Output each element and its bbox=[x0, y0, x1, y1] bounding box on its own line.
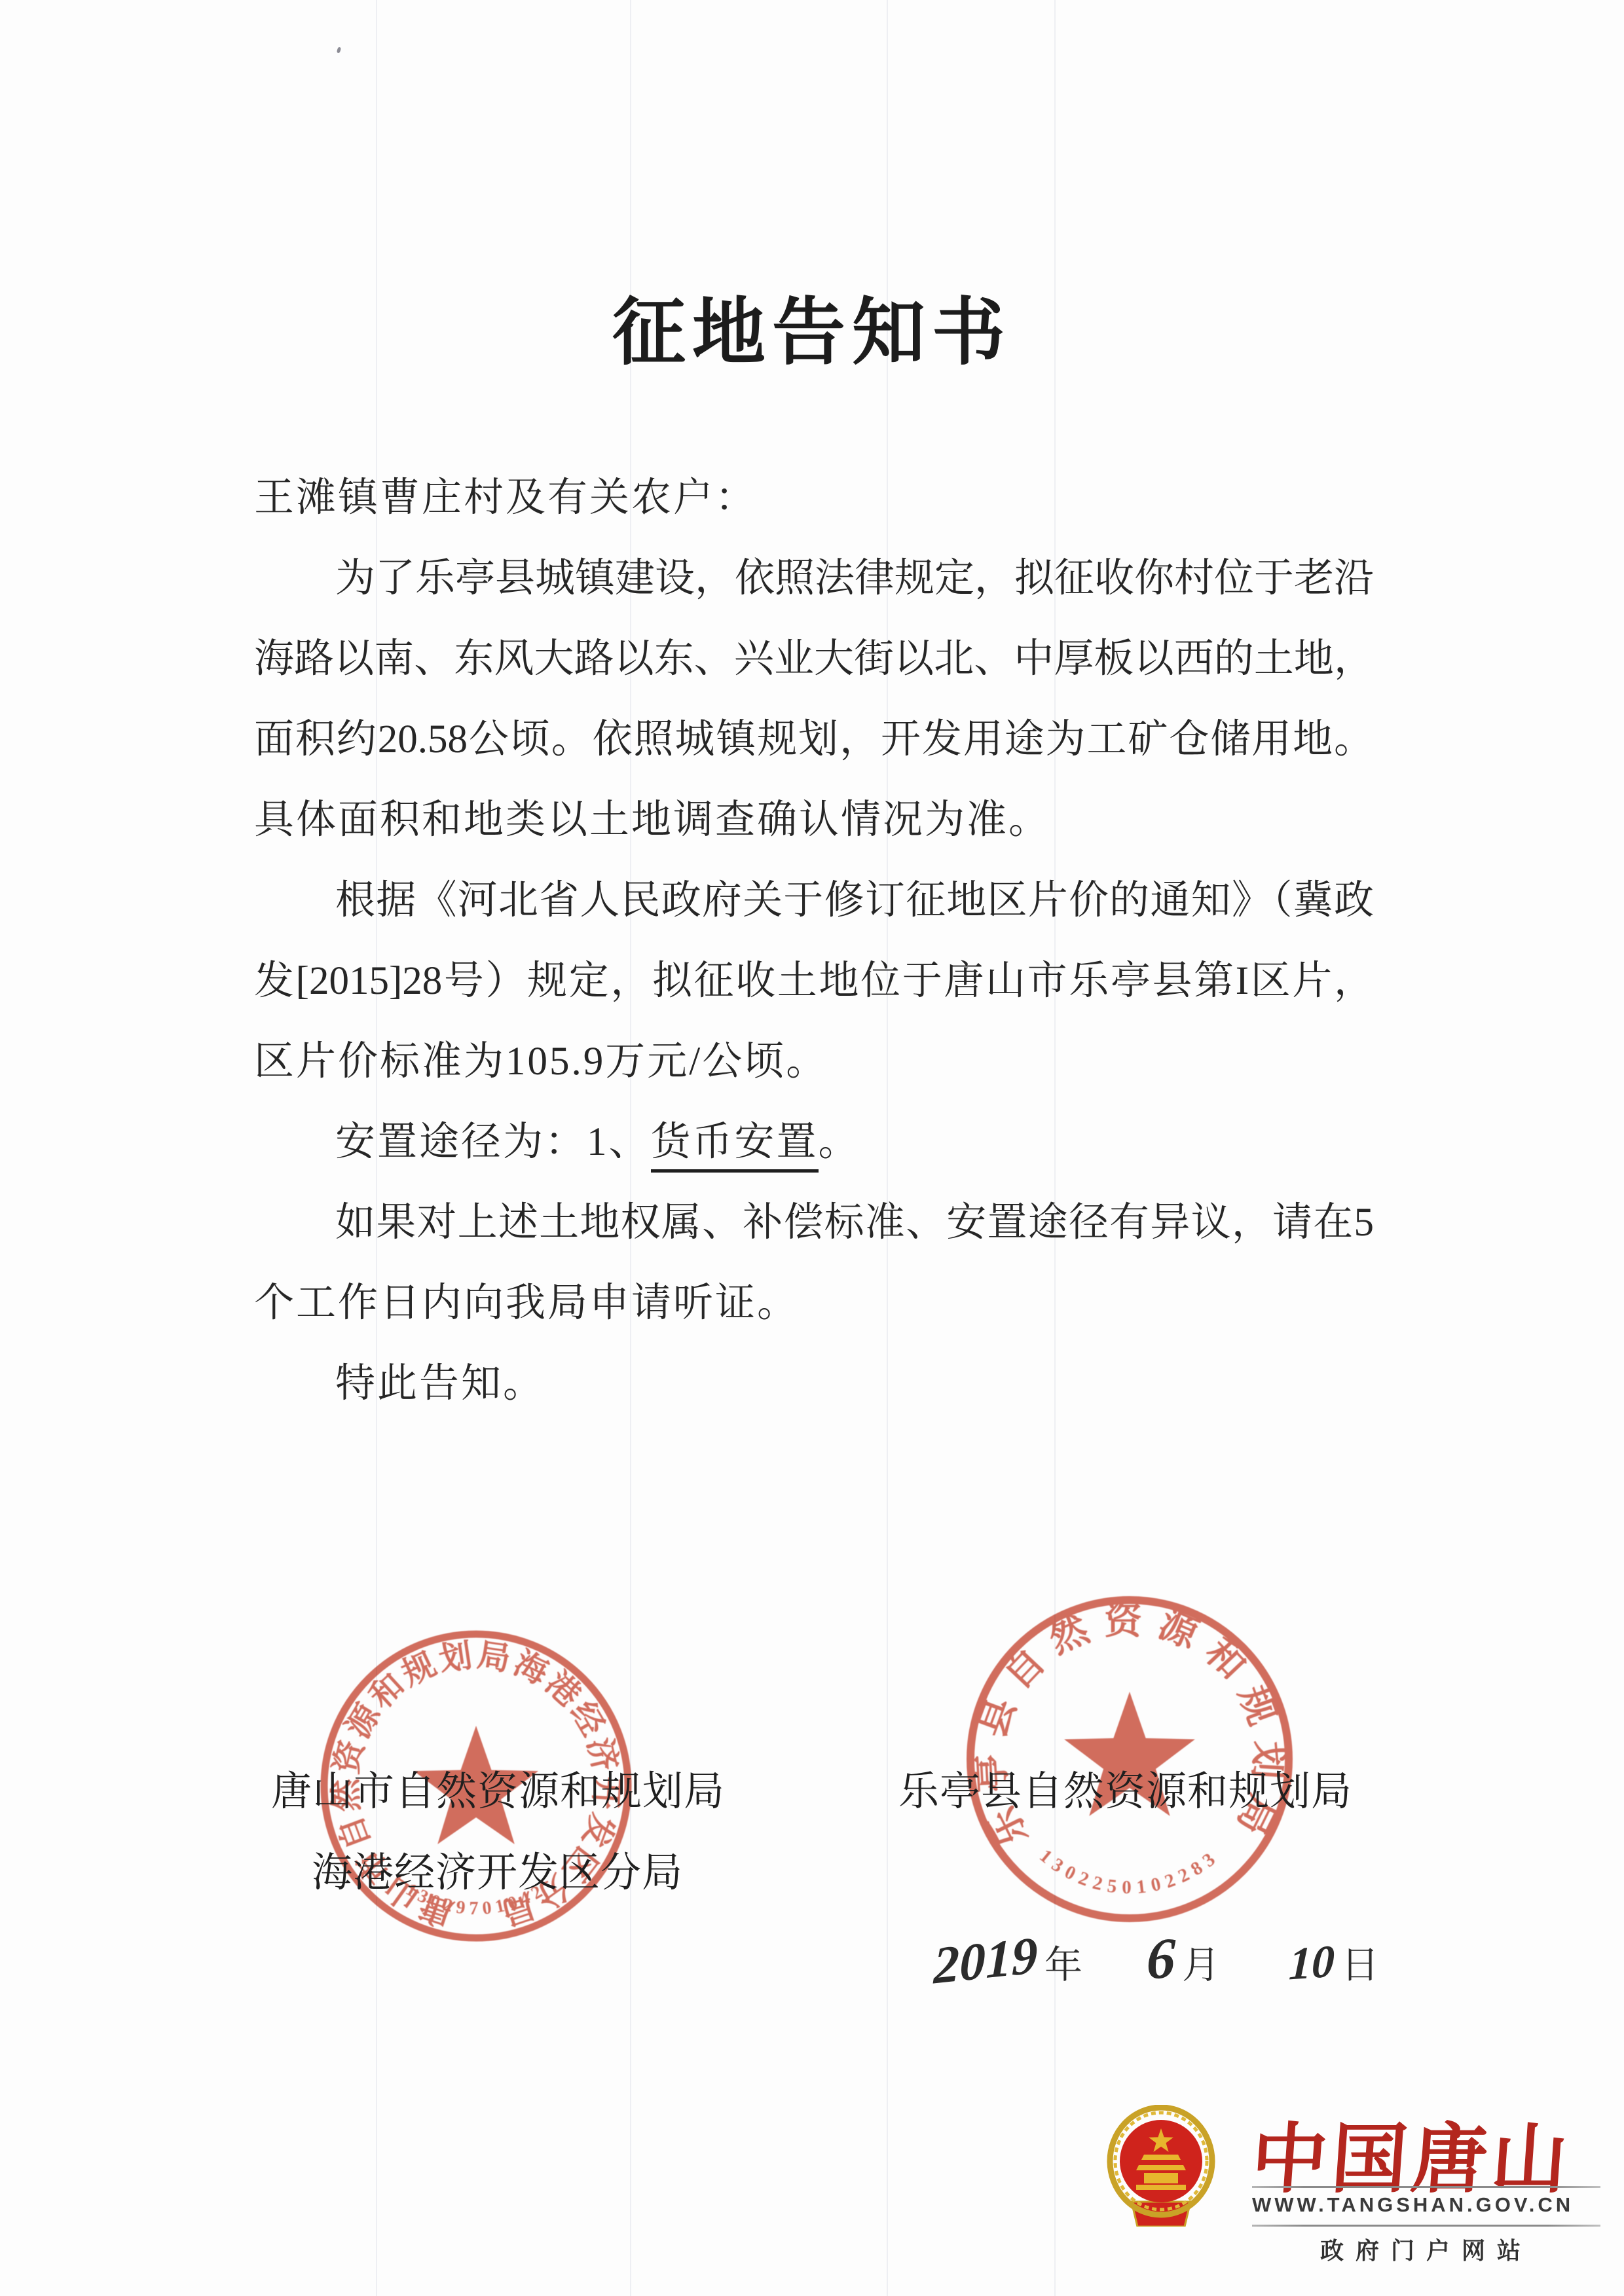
signer-org-right: 乐亭县自然资源和规划局 bbox=[898, 1758, 1352, 1817]
body-line: 海路以南、东风大路以东、兴业大街以北、中厚板以西的土地， bbox=[254, 619, 1374, 699]
date-year-label: 年 bbox=[1044, 1934, 1082, 1989]
gov-portal-logo: 中国唐山 WWW.TANGSHAN.GOV.CN 政府门户网站 bbox=[1107, 2098, 1604, 2282]
date-day-label: 日 bbox=[1341, 1934, 1379, 1989]
date-month-label: 月 bbox=[1182, 1934, 1220, 1989]
body-line-text: 安置途径为：1、 bbox=[335, 1120, 651, 1164]
document-title: 征地告知书 bbox=[0, 274, 1624, 379]
body-line: 王滩镇曹庄村及有关农户： bbox=[254, 458, 1374, 538]
portal-url: WWW.TANGSHAN.GOV.CN bbox=[1252, 2193, 1600, 2217]
svg-text:1302250102283: 1302250102283 bbox=[1035, 1846, 1223, 1898]
divider bbox=[1252, 2186, 1600, 2188]
brand-calligraphy: 中国唐山 bbox=[1248, 2098, 1576, 2208]
date-year-handwritten: 2019 bbox=[933, 1925, 1037, 1996]
scan-artifact-speck bbox=[337, 46, 342, 53]
issue-date: 2019 年 6 月 10 日 bbox=[933, 1926, 1352, 1992]
signer-org-left-line2: 海港经济开发区分局 bbox=[271, 1840, 724, 1898]
document-body: 王滩镇曹庄村及有关农户：为了乐亭县城镇建设，依照法律规定，拟征收你村位于老沿海路… bbox=[254, 458, 1374, 1424]
divider bbox=[1252, 2225, 1600, 2227]
scanned-document-page: 征地告知书 王滩镇曹庄村及有关农户：为了乐亭县城镇建设，依照法律规定，拟征收你村… bbox=[0, 0, 1624, 2296]
body-line: 根据《河北省人民政府关于修订征地区片价的通知》（冀政 bbox=[254, 860, 1374, 941]
body-line-text: 。 bbox=[819, 1120, 860, 1164]
body-line: 区片价标准为105.9万元/公顷。 bbox=[254, 1021, 1374, 1102]
seal-number: 1302250102283 bbox=[1035, 1846, 1223, 1898]
body-line: 如果对上述土地权属、补偿标准、安置途径有异议，请在5 bbox=[254, 1182, 1374, 1263]
date-month-handwritten: 6 bbox=[1146, 1925, 1176, 1994]
china-national-emblem-icon bbox=[1107, 2105, 1215, 2227]
portal-tagline: 政府门户网站 bbox=[1252, 2232, 1600, 2266]
signer-org-left-line1: 唐山市自然资源和规划局 bbox=[271, 1758, 725, 1817]
underlined-text: 货币安置 bbox=[651, 1120, 819, 1173]
body-line: 具体面积和地类以土地调查确认情况为准。 bbox=[254, 780, 1374, 860]
body-line: 个工作日内向我局申请听证。 bbox=[254, 1263, 1374, 1343]
body-line: 安置途径为：1、货币安置。 bbox=[254, 1102, 1374, 1182]
body-line: 为了乐亭县城镇建设，依照法律规定，拟征收你村位于老沿 bbox=[254, 538, 1374, 619]
date-day-handwritten: 10 bbox=[1288, 1935, 1336, 1991]
body-line: 特此告知。 bbox=[254, 1343, 1374, 1424]
body-line: 面积约20.58公顷。依照城镇规划，开发用途为工矿仓储用地。 bbox=[254, 699, 1374, 780]
body-line: 发[2015]28号）规定，拟征收土地位于唐山市乐亭县第I区片， bbox=[254, 941, 1374, 1021]
